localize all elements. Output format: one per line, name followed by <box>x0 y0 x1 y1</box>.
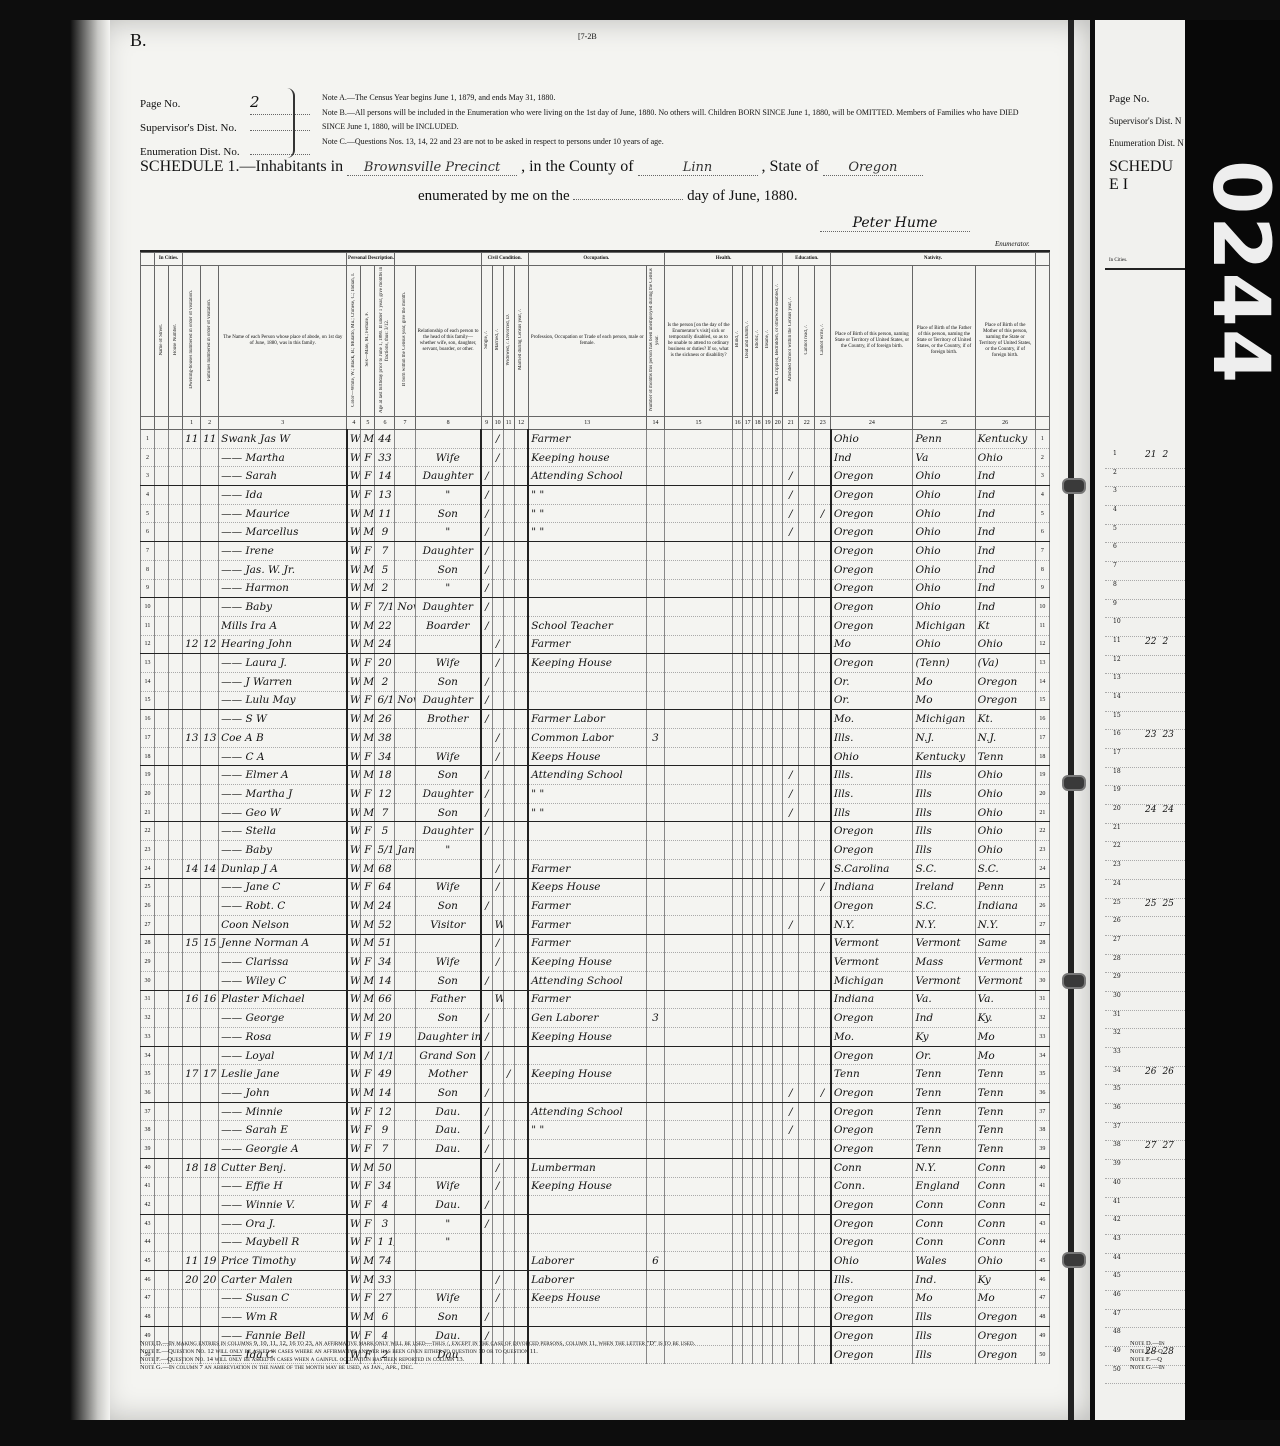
adjacent-row: 18 <box>1105 768 1185 787</box>
cell-line: 30 <box>141 971 155 990</box>
cell-month <box>395 430 415 449</box>
cell-street <box>155 598 169 617</box>
cell-deaf <box>743 915 753 934</box>
cell-mbp: Ind <box>975 598 1035 617</box>
cell-color: W <box>347 1158 361 1177</box>
adjacent-row: 33 <box>1105 1048 1185 1067</box>
adjacent-row: 4 <box>1105 506 1185 525</box>
col-name: The Name of each Person whose place of a… <box>219 266 347 417</box>
cell-blind <box>733 1327 743 1346</box>
cell-single <box>481 729 492 748</box>
cell-school <box>783 971 799 990</box>
cell-name: —— Jas. W. Jr. <box>219 560 347 579</box>
cell-line: 42 <box>1035 1196 1049 1215</box>
cell-mbp: Ind <box>975 560 1035 579</box>
cell-sick <box>664 1084 732 1103</box>
cell-mbp: Conn <box>975 1177 1035 1196</box>
cell-sick <box>664 579 732 598</box>
schedule-prefix: SCHEDULE 1.—Inhabitants in <box>140 158 343 175</box>
table-row: 25—— Jane CWF64Wife/Keeps House/IndianaI… <box>141 878 1050 897</box>
cell-insane <box>763 598 773 617</box>
cell-color: W <box>347 430 361 449</box>
cell-color: W <box>347 467 361 486</box>
cell-sex: M <box>361 934 375 953</box>
cell-write <box>815 1252 831 1271</box>
cell-house <box>169 486 183 505</box>
cell-dw <box>183 878 201 897</box>
cell-fam: 19 <box>201 1252 219 1271</box>
cell-line: 31 <box>1035 990 1049 1009</box>
cell-fbp: Ills <box>913 785 975 804</box>
binder-ring-icon <box>1062 1252 1086 1268</box>
cell-maimed <box>773 766 783 785</box>
cell-write <box>815 729 831 748</box>
cell-dw <box>183 953 201 972</box>
adjacent-line-number: 46 <box>1113 1291 1121 1298</box>
cell-insane <box>763 1009 773 1028</box>
cell-school <box>783 1009 799 1028</box>
adjacent-dwelling: 24 <box>1145 805 1156 815</box>
cell-married: / <box>492 729 503 748</box>
cell-mcy <box>514 1289 528 1308</box>
cell-widowed <box>503 1158 514 1177</box>
cell-occ: Laborer <box>528 1270 646 1289</box>
cell-line: 46 <box>1035 1270 1049 1289</box>
cell-school: / <box>783 785 799 804</box>
cell-blind <box>733 822 743 841</box>
adjacent-line-number: 1 <box>1113 450 1117 457</box>
adjacent-row: 7 <box>1105 562 1185 581</box>
cell-line: 26 <box>1035 897 1049 916</box>
cell-bp: Oregon <box>831 654 913 673</box>
cell-maimed <box>773 878 783 897</box>
cell-school <box>783 859 799 878</box>
cell-blind <box>733 710 743 729</box>
cell-sick <box>664 504 732 523</box>
column-number: 13 <box>528 417 646 430</box>
cell-married <box>492 822 503 841</box>
adjacent-line-number: 31 <box>1113 1011 1121 1018</box>
cell-house <box>169 598 183 617</box>
cell-month <box>395 729 415 748</box>
cell-sex: M <box>361 1270 375 1289</box>
cell-house <box>169 1028 183 1047</box>
cell-color: W <box>347 990 361 1009</box>
cell-blind <box>733 953 743 972</box>
cell-line: 21 <box>141 803 155 822</box>
cell-color: W <box>347 1121 361 1140</box>
cell-maimed <box>773 1177 783 1196</box>
cell-widowed <box>503 1084 514 1103</box>
adjacent-row: 14 <box>1105 693 1185 712</box>
cell-widowed <box>503 1028 514 1047</box>
cell-fbp: Kentucky <box>913 747 975 766</box>
cell-fam <box>201 1084 219 1103</box>
cell-mcy <box>514 841 528 860</box>
table-row: 6—— MarcellusWM9"/" "/OregonOhioInd6 <box>141 523 1050 542</box>
cell-sick <box>664 523 732 542</box>
cell-single: / <box>481 785 492 804</box>
cell-dw <box>183 654 201 673</box>
cell-bp: Oregon <box>831 822 913 841</box>
adjacent-dwelling: 22 <box>1145 637 1156 647</box>
adjacent-line-number: 22 <box>1113 842 1121 849</box>
cell-month <box>395 542 415 561</box>
cell-married: / <box>492 878 503 897</box>
cell-line: 38 <box>1035 1121 1049 1140</box>
cell-bp: Oregon <box>831 1140 913 1159</box>
cell-idiot <box>753 523 763 542</box>
cell-color: W <box>347 878 361 897</box>
cell-maimed <box>773 971 783 990</box>
cell-rel <box>415 729 481 748</box>
cell-write <box>815 672 831 691</box>
cell-rel: Son <box>415 971 481 990</box>
cell-sick <box>664 859 732 878</box>
table-row: 311616Plaster MichaelWM66FatherWFarmerIn… <box>141 990 1050 1009</box>
cell-dw: 16 <box>183 990 201 1009</box>
cell-unemp <box>646 430 664 449</box>
cell-maimed <box>773 1327 783 1346</box>
cell-fam <box>201 1196 219 1215</box>
cell-single: / <box>481 616 492 635</box>
cell-write <box>815 1308 831 1327</box>
cell-sex: M <box>361 616 375 635</box>
cell-single <box>481 1270 492 1289</box>
cell-single: / <box>481 1009 492 1028</box>
adjacent-line-number: 37 <box>1113 1123 1121 1130</box>
cell-read <box>799 672 815 691</box>
cell-sex: M <box>361 729 375 748</box>
cell-name: —— Clarissa <box>219 953 347 972</box>
cell-idiot <box>753 897 763 916</box>
cell-read <box>799 1084 815 1103</box>
cell-age: 9 <box>375 1121 395 1140</box>
table-row: 44—— Maybell RWF1 1/12"OregonConnConn44 <box>141 1233 1050 1252</box>
cell-maimed <box>773 729 783 748</box>
cell-line: 5 <box>1035 504 1049 523</box>
cell-deaf <box>743 1196 753 1215</box>
cell-widowed <box>503 729 514 748</box>
cell-bp: Oregon <box>831 504 913 523</box>
cell-unemp <box>646 710 664 729</box>
cell-insane <box>763 1084 773 1103</box>
adjacent-line-number: 41 <box>1113 1198 1121 1205</box>
cell-bp: Michigan <box>831 971 913 990</box>
cell-occ <box>528 579 646 598</box>
cell-write <box>815 1196 831 1215</box>
cell-insane <box>763 504 773 523</box>
cell-blind <box>733 1065 743 1084</box>
cell-month <box>395 990 415 1009</box>
cell-line: 31 <box>141 990 155 1009</box>
cell-idiot <box>753 467 763 486</box>
cell-color: W <box>347 1233 361 1252</box>
cell-bp: Oregon <box>831 1009 913 1028</box>
cell-month <box>395 1121 415 1140</box>
cell-mbp: Ind <box>975 579 1035 598</box>
cell-unemp <box>646 598 664 617</box>
cell-unemp <box>646 878 664 897</box>
cell-line: 22 <box>1035 822 1049 841</box>
cell-read <box>799 1270 815 1289</box>
cell-school: / <box>783 1102 799 1121</box>
cell-name: Carter Malen <box>219 1270 347 1289</box>
adjacent-line-number: 18 <box>1113 768 1121 775</box>
enumerated-day <box>573 199 683 200</box>
col-father-birthplace: Place of Birth of the Father of this per… <box>913 266 975 417</box>
cell-widowed <box>503 560 514 579</box>
cell-mcy <box>514 467 528 486</box>
cell-month <box>395 897 415 916</box>
cell-insane <box>763 1289 773 1308</box>
cell-month <box>395 579 415 598</box>
cell-house <box>169 430 183 449</box>
cell-mcy <box>514 560 528 579</box>
cell-deaf <box>743 691 753 710</box>
cell-sex: F <box>361 1121 375 1140</box>
cell-color: W <box>347 934 361 953</box>
adjacent-line-number: 40 <box>1113 1179 1121 1186</box>
column-number: 24 <box>831 417 913 430</box>
cell-idiot <box>753 1102 763 1121</box>
cell-age: 18 <box>375 766 395 785</box>
cell-fbp: Ohio <box>913 523 975 542</box>
adjacent-row: 202424 <box>1105 805 1185 824</box>
cell-line: 10 <box>1035 598 1049 617</box>
cell-rel: Wife <box>415 747 481 766</box>
cell-line: 32 <box>1035 1009 1049 1028</box>
cell-age: 7/12 <box>375 598 395 617</box>
cell-line: 13 <box>1035 654 1049 673</box>
cell-rel: Son <box>415 672 481 691</box>
cell-occ: " " <box>528 785 646 804</box>
cell-color: W <box>347 1009 361 1028</box>
cell-line: 4 <box>141 486 155 505</box>
cell-deaf <box>743 1084 753 1103</box>
cell-married <box>492 803 503 822</box>
cell-unemp <box>646 486 664 505</box>
cell-bp: Mo <box>831 635 913 654</box>
cell-fbp: Ind <box>913 1009 975 1028</box>
cell-fam <box>201 971 219 990</box>
cell-read <box>799 859 815 878</box>
adjacent-line-number: 45 <box>1113 1272 1121 1279</box>
cell-married <box>492 1028 503 1047</box>
cell-bp: Oregon <box>831 579 913 598</box>
cell-sick <box>664 971 732 990</box>
cell-sick <box>664 1065 732 1084</box>
cell-bp: Or. <box>831 672 913 691</box>
cell-occ <box>528 841 646 860</box>
cell-fam: 15 <box>201 934 219 953</box>
cell-fbp: Tenn <box>913 1084 975 1103</box>
cell-school: / <box>783 766 799 785</box>
cell-line: 11 <box>141 616 155 635</box>
adjacent-row: 26 <box>1105 917 1185 936</box>
cell-married <box>492 1121 503 1140</box>
cell-read <box>799 897 815 916</box>
cell-insane <box>763 1196 773 1215</box>
cell-name: —— Elmer A <box>219 766 347 785</box>
cell-dw <box>183 691 201 710</box>
adjacent-dwelling: 27 <box>1145 1141 1156 1151</box>
cell-insane <box>763 878 773 897</box>
cell-widowed <box>503 859 514 878</box>
cell-single: / <box>481 1196 492 1215</box>
adjacent-row: 43 <box>1105 1235 1185 1254</box>
cell-occ: Farmer <box>528 915 646 934</box>
cell-rel: Son <box>415 560 481 579</box>
adjacent-line-number: 5 <box>1113 525 1117 532</box>
cell-bp: Vermont <box>831 953 913 972</box>
col-maimed: Maimed, Crippled, Bedridden, or otherwis… <box>773 266 783 417</box>
cell-school: / <box>783 486 799 505</box>
cell-name: —— Ora J. <box>219 1214 347 1233</box>
cell-house <box>169 803 183 822</box>
cell-rel <box>415 859 481 878</box>
cell-widowed <box>503 1308 514 1327</box>
cell-line: 1 <box>141 430 155 449</box>
cell-occ: Keeps House <box>528 1289 646 1308</box>
cell-color: W <box>347 635 361 654</box>
col-sex: Sex—Male, M.; Female, F. <box>361 266 375 417</box>
cell-line: 14 <box>141 672 155 691</box>
cell-widowed <box>503 616 514 635</box>
cell-widowed <box>503 598 514 617</box>
cell-name: Jenne Norman A <box>219 934 347 953</box>
cell-name: —— Sarah <box>219 467 347 486</box>
cell-fam: 20 <box>201 1270 219 1289</box>
cell-dw <box>183 672 201 691</box>
cell-single <box>481 1233 492 1252</box>
cell-unemp <box>646 747 664 766</box>
cell-mbp: Mo <box>975 1028 1035 1047</box>
cell-school <box>783 1327 799 1346</box>
cell-dw <box>183 1214 201 1233</box>
enumerated-suffix: day of June, 1880. <box>687 188 797 204</box>
cell-sex: M <box>361 1252 375 1271</box>
adjacent-in-cities: In Cities. <box>1109 258 1127 263</box>
cell-fam <box>201 1308 219 1327</box>
cell-month <box>395 710 415 729</box>
cell-mbp: Va. <box>975 990 1035 1009</box>
cell-bp: Ohio <box>831 747 913 766</box>
cell-deaf <box>743 430 753 449</box>
cell-fam <box>201 486 219 505</box>
cell-school <box>783 579 799 598</box>
cell-read <box>799 747 815 766</box>
cell-single <box>481 1252 492 1271</box>
cell-blind <box>733 1046 743 1065</box>
cell-deaf <box>743 729 753 748</box>
cell-blind <box>733 1084 743 1103</box>
cell-age: 44 <box>375 430 395 449</box>
cell-married <box>492 1102 503 1121</box>
cell-unemp <box>646 672 664 691</box>
cell-mbp: Conn <box>975 1214 1035 1233</box>
cell-fbp: Ohio <box>913 598 975 617</box>
cell-idiot <box>753 1345 763 1364</box>
cell-school <box>783 542 799 561</box>
cell-deaf <box>743 785 753 804</box>
cell-occ: Keeping House <box>528 1177 646 1196</box>
cell-line: 32 <box>141 1009 155 1028</box>
cell-insane <box>763 1252 773 1271</box>
cell-occ: " " <box>528 523 646 542</box>
cell-widowed <box>503 1009 514 1028</box>
cell-sex: F <box>361 1028 375 1047</box>
cell-school <box>783 672 799 691</box>
cell-color: W <box>347 1177 361 1196</box>
cell-mbp: N.J. <box>975 729 1035 748</box>
adjacent-supervisor-label: Supervisor's Dist. N <box>1109 110 1184 132</box>
cell-age: 11 <box>375 504 395 523</box>
cell-read <box>799 1252 815 1271</box>
cell-sex: M <box>361 859 375 878</box>
cell-age: 26 <box>375 710 395 729</box>
adjacent-row: 1212 <box>1105 450 1185 469</box>
cell-mbp: Tenn <box>975 1140 1035 1159</box>
cell-deaf <box>743 1158 753 1177</box>
cell-sex: F <box>361 1214 375 1233</box>
cell-sick <box>664 915 732 934</box>
cell-insane <box>763 1158 773 1177</box>
cell-line: 48 <box>141 1308 155 1327</box>
cell-mbp: Ind <box>975 467 1035 486</box>
cell-bp: Oregon <box>831 598 913 617</box>
table-row: 3—— SarahWF14Daughter/Attending School/O… <box>141 467 1050 486</box>
cell-age: 1 1/12 <box>375 1233 395 1252</box>
cell-idiot <box>753 859 763 878</box>
cell-color: W <box>347 971 361 990</box>
cell-write <box>815 747 831 766</box>
cell-unemp <box>646 971 664 990</box>
cell-mbp: Penn <box>975 878 1035 897</box>
cell-single: / <box>481 486 492 505</box>
cell-line: 36 <box>141 1084 155 1103</box>
adjacent-row: 9 <box>1105 600 1185 619</box>
cell-widowed <box>503 504 514 523</box>
cell-single <box>481 747 492 766</box>
cell-insane <box>763 1270 773 1289</box>
cell-line: 15 <box>141 691 155 710</box>
cell-write <box>815 897 831 916</box>
cell-idiot <box>753 953 763 972</box>
cell-fam <box>201 766 219 785</box>
adjacent-page-no-label: Page No. <box>1109 88 1184 110</box>
adjacent-page-meta: Page No. Supervisor's Dist. N Enumeratio… <box>1109 88 1184 154</box>
col-single: Single, /. <box>481 266 492 417</box>
cell-unemp <box>646 897 664 916</box>
cell-read <box>799 504 815 523</box>
cell-house <box>169 897 183 916</box>
column-number: 11 <box>503 417 514 430</box>
cell-read <box>799 467 815 486</box>
cell-house <box>169 1046 183 1065</box>
column-number: 9 <box>481 417 492 430</box>
cell-mcy <box>514 803 528 822</box>
cell-married <box>492 841 503 860</box>
cell-street <box>155 1177 169 1196</box>
cell-idiot <box>753 635 763 654</box>
cell-house <box>169 691 183 710</box>
cell-line: 25 <box>141 878 155 897</box>
cell-dw <box>183 710 201 729</box>
cell-sick <box>664 1196 732 1215</box>
cell-write <box>815 822 831 841</box>
cell-fbp: Vermont <box>913 934 975 953</box>
